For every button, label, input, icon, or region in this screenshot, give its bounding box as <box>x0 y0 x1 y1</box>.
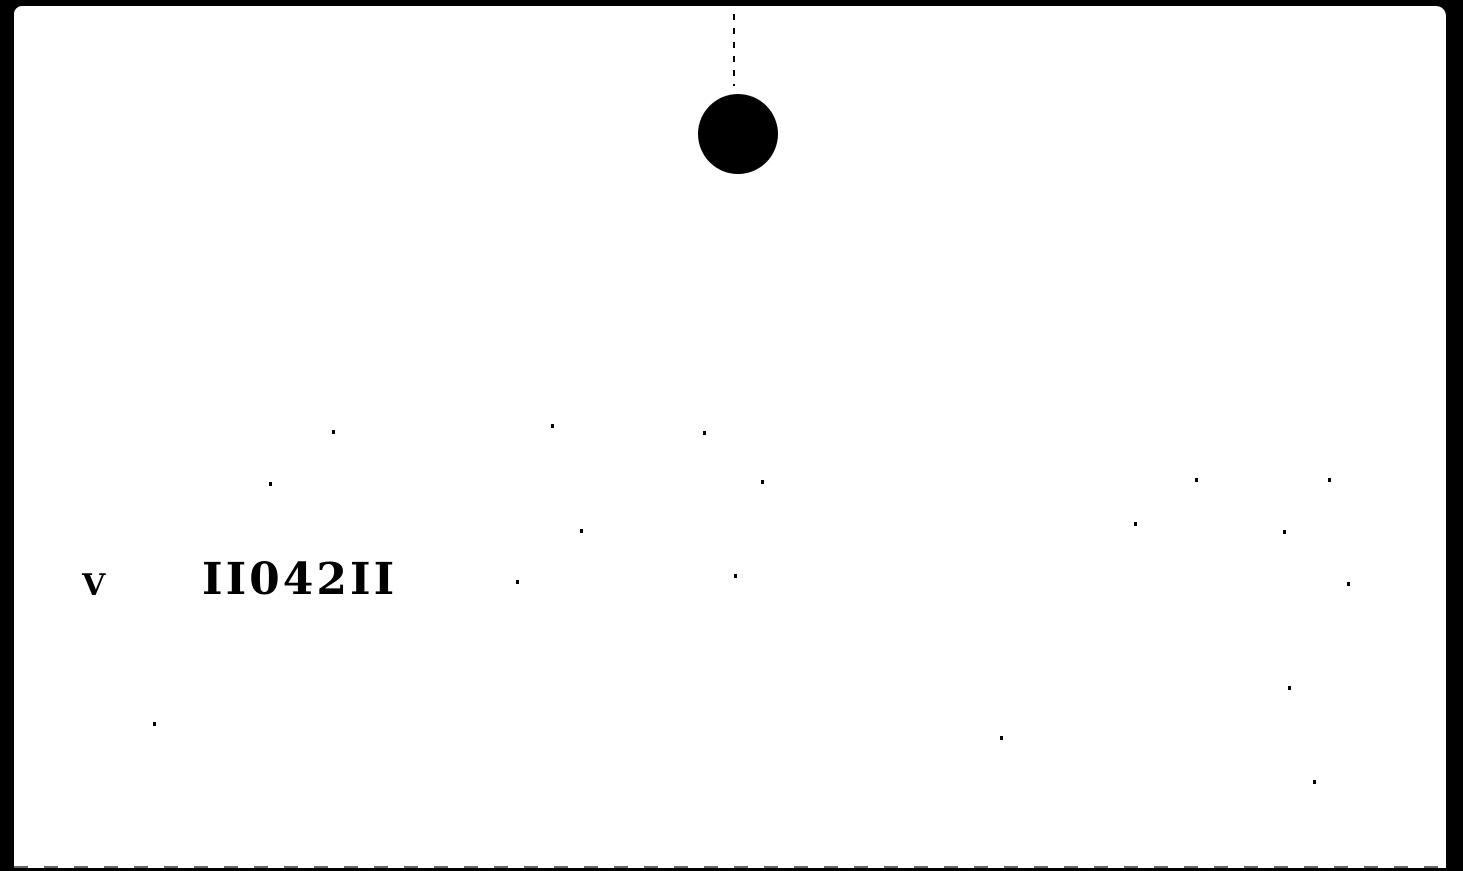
catalog-number: II042II <box>202 554 397 605</box>
speck <box>516 580 519 584</box>
speck <box>1283 530 1286 534</box>
speck <box>703 431 706 435</box>
speck <box>153 722 156 726</box>
speck <box>1347 582 1350 586</box>
speck <box>1195 478 1198 482</box>
speck <box>1134 522 1137 526</box>
speck <box>1288 686 1291 690</box>
speck <box>734 574 737 578</box>
index-card: V II042II <box>14 6 1446 868</box>
speck <box>1000 736 1003 740</box>
speck <box>269 482 272 486</box>
speck <box>1313 780 1316 784</box>
card-prefix: V <box>82 568 105 603</box>
speck <box>551 424 554 428</box>
speck <box>761 480 764 484</box>
punch-hole <box>698 94 778 174</box>
speck <box>580 529 583 533</box>
tear-line <box>733 0 735 86</box>
card-bottom-edge <box>14 866 1446 868</box>
speck <box>332 430 335 434</box>
speck <box>1328 478 1331 482</box>
